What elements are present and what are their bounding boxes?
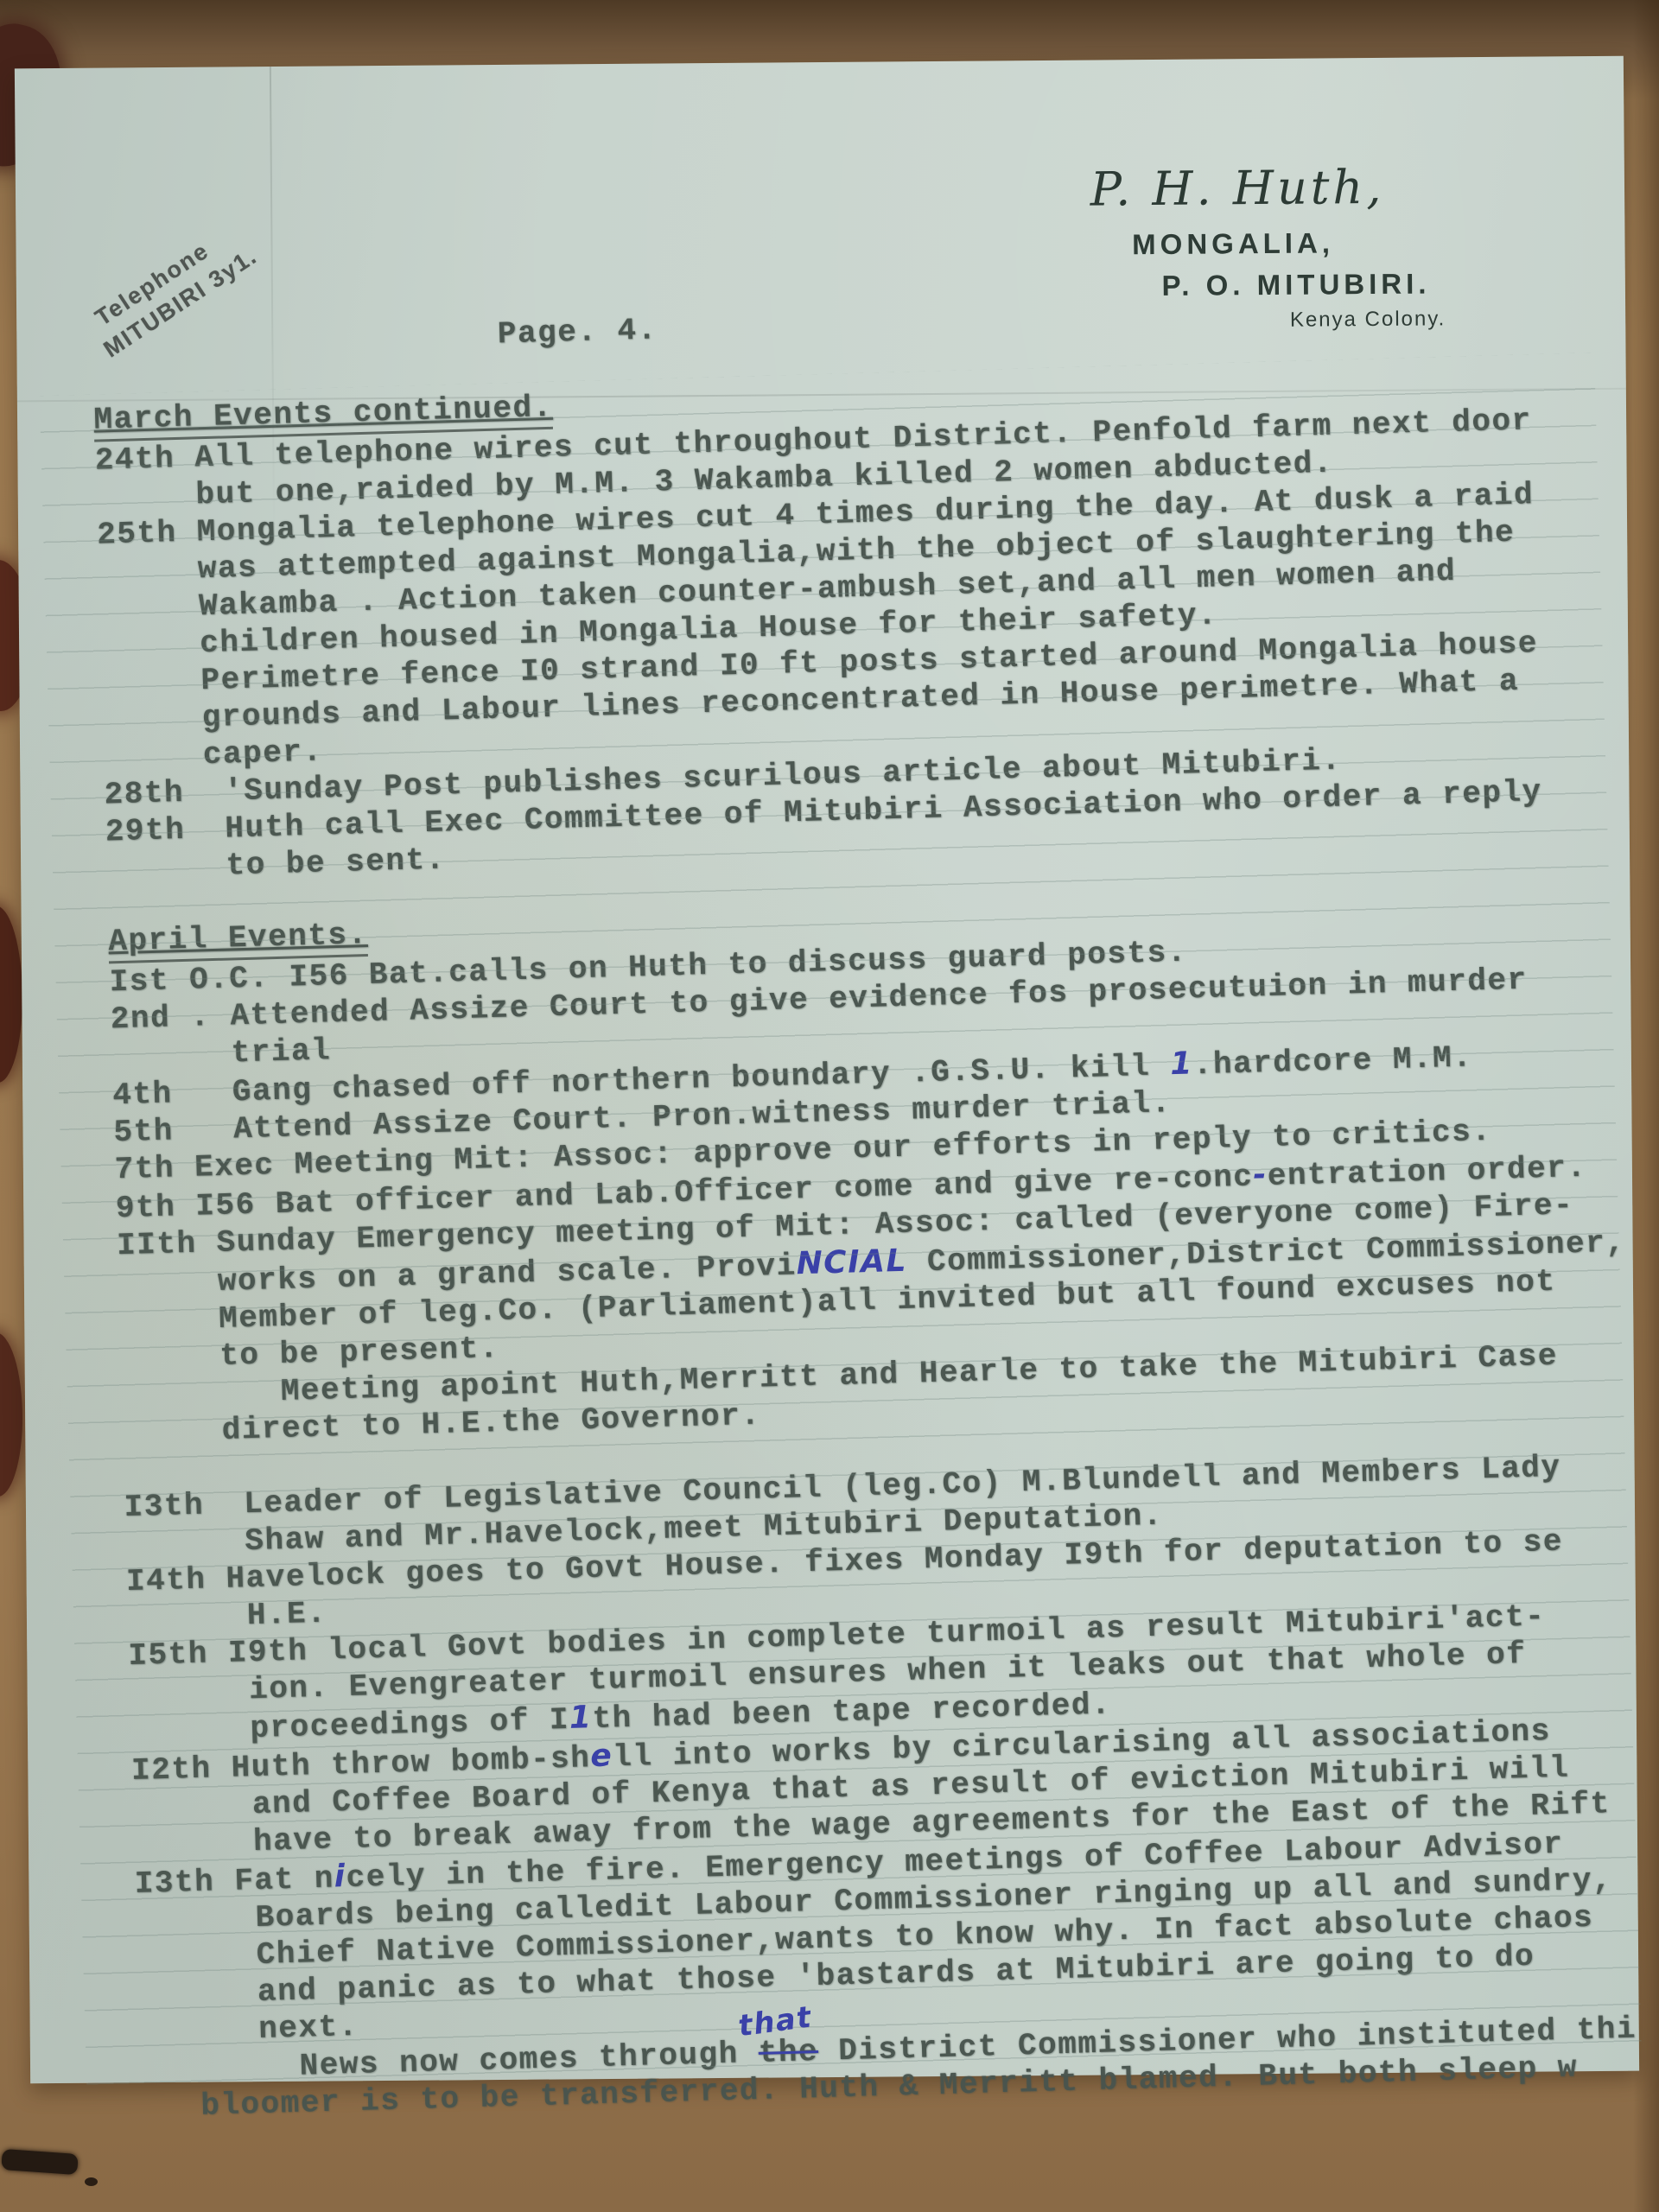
page-number: Page. 4. — [497, 311, 658, 353]
stain-left-3 — [0, 1332, 22, 1497]
handwritten-ink-annotation: NCIAL — [796, 1243, 907, 1282]
march-events-lines: 24th All telephone wires cut throughout … — [94, 399, 1653, 888]
section-april-events: April Events. Ist O.C. I56 Bat.calls on … — [108, 880, 1659, 2126]
section-march-events: March Events continued. 24th All telepho… — [93, 359, 1653, 888]
typed-text: I3th Fat n — [134, 1861, 334, 1902]
scanned-document-photo: { "colors":{"cardboard":"#9b7950","paper… — [0, 0, 1659, 2212]
stain-left-2 — [0, 906, 22, 1083]
letterhead-place: MONGALIA, — [1132, 226, 1446, 261]
telephone-stamp: Telephone MITUBIRI 3y1. — [89, 214, 264, 359]
letterhead: P. H. Huth, MONGALIA, P. O. MITUBIRI. Ke… — [1090, 159, 1446, 334]
ink-dot-bottom-left — [85, 2177, 98, 2186]
ink-mark-bottom-left — [1, 2149, 78, 2175]
typed-text: trial — [111, 1033, 332, 1074]
letterhead-name: P. H. Huth, — [1090, 159, 1445, 216]
letterhead-colony: Kenya Colony. — [1290, 307, 1446, 332]
handwritten-ink-annotation: e — [590, 1738, 613, 1774]
handwritten-ink-annotation: i — [334, 1859, 346, 1894]
handwritten-ink-annotation: - — [1253, 1157, 1268, 1192]
april-events-heading: April Events. — [108, 916, 369, 963]
april-events-lines: Ist O.C. I56 Bat.calls on Huth to discus… — [109, 920, 1659, 2126]
typed-text-area: Page. 4. March Events continued. 24th Al… — [93, 359, 1659, 2126]
letter-paper: P. H. Huth, MONGALIA, P. O. MITUBIRI. Ke… — [15, 56, 1639, 2084]
typed-text: H.E. — [127, 1596, 327, 1637]
typed-text: next. — [138, 2009, 359, 2050]
letterhead-post-office: P. O. MITUBIRI. — [1161, 267, 1446, 302]
typed-text: .hardcore M.M. — [1192, 1039, 1472, 1083]
typed-text: caper. — [103, 734, 323, 775]
handwritten-ink-annotation: 1 — [1170, 1046, 1194, 1082]
handwritten-ink-annotation: 1 — [569, 1700, 593, 1736]
typed-text: to be sent. — [105, 842, 446, 887]
